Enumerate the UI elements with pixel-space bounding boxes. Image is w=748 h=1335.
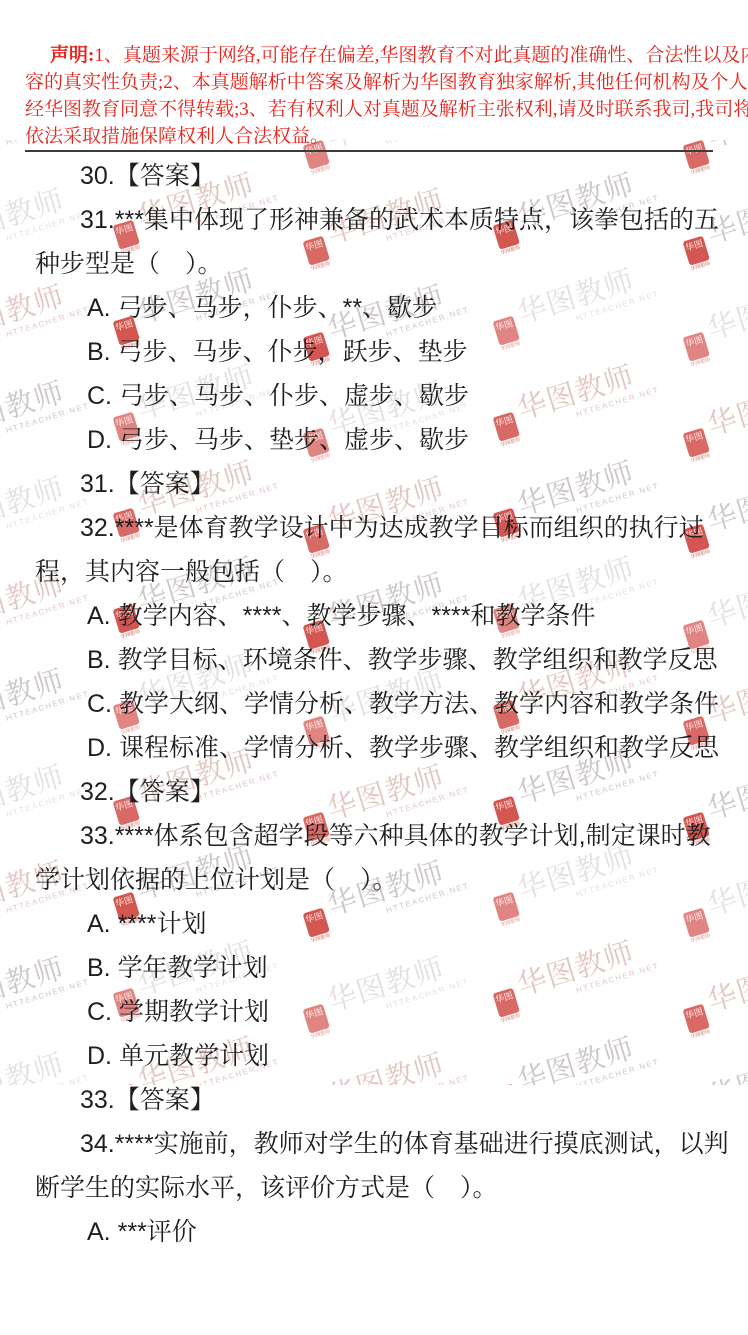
disclaimer-line: 经华图教育同意不得转载;3、若有权利人对真题及解析主张权利,请及时联系我司,我司… [25, 96, 722, 123]
option-label: A. [87, 594, 111, 638]
option-text: 弓步、马步、仆步，跃步、垫步 [118, 338, 468, 366]
divider-line [25, 150, 713, 152]
question-stem-line: 学计划依据的上位计划是（ ）。 [35, 858, 728, 902]
option-label: C. [87, 374, 112, 418]
option-label: A. [87, 286, 111, 330]
option-text: 教学目标、环境条件、教学步骤、教学组织和教学反思 [118, 646, 718, 674]
question-stem-line: 33.****体系包含超学段等六种具体的教学计划,制定课时教 [35, 814, 728, 858]
disclaimer-line: 声明:1、真题来源于网络,可能存在偏差,华图教育不对此真题的准确性、合法性以及内 [25, 42, 722, 69]
option-label: B. [87, 638, 111, 682]
disclaimer-prefix: 声明: [50, 45, 94, 66]
option-label: D. [87, 726, 112, 770]
option-label: D. [87, 1034, 112, 1078]
document-page: { "page": { "background": "#ffffff", "wi… [0, 0, 748, 1335]
option-item: D.课程标准、学情分析、教学步骤、教学组织和教学反思 [35, 726, 728, 770]
option-item: D.单元教学计划 [35, 1034, 728, 1078]
option-text: 学期教学计划 [119, 998, 269, 1026]
question-stem-line: 种步型是（ ）。 [35, 242, 728, 286]
option-label: C. [87, 682, 112, 726]
option-label: A. [87, 902, 111, 946]
option-text: 弓步、马步、垫步、虚步、歇步 [119, 426, 469, 454]
option-item: C.弓步、马步、仆步、虚步、歇步 [35, 374, 728, 418]
question-stem-line: 断学生的实际水平，该评价方式是（ ）。 [35, 1166, 728, 1210]
option-item: A.教学内容、****、教学步骤、****和教学条件 [35, 594, 728, 638]
option-text: ****计划 [118, 910, 207, 938]
question-stem-line: 34.****实施前，教师对学生的体育基础进行摸底测试，以判 [35, 1122, 728, 1166]
option-item: D.弓步、马步、垫步、虚步、歇步 [35, 418, 728, 462]
option-item: A.****计划 [35, 902, 728, 946]
document-body: 30.【答案】31.***集中体现了形神兼备的武术本质特点，该拳包括的五种步型是… [35, 154, 728, 1254]
answer-heading: 33.【答案】 [35, 1078, 728, 1122]
question-stem-line: 32.****是体育教学设计中为达成教学目标而组织的执行过 [35, 506, 728, 550]
disclaimer-line: 依法采取措施保障权利人合法权益。 [25, 123, 722, 150]
option-item: B.学年教学计划 [35, 946, 728, 990]
option-text: 学年教学计划 [118, 954, 268, 982]
answer-heading: 30.【答案】 [35, 154, 728, 198]
option-item: A.弓步、马步，仆步、**、歇步 [35, 286, 728, 330]
option-text: 弓步、马步、仆步、虚步、歇步 [119, 382, 469, 410]
option-text: 弓步、马步，仆步、**、歇步 [118, 294, 437, 322]
option-text: 教学内容、****、教学步骤、****和教学条件 [118, 602, 596, 630]
question-stem-line: 31.***集中体现了形神兼备的武术本质特点，该拳包括的五 [35, 198, 728, 242]
option-text: 课程标准、学情分析、教学步骤、教学组织和教学反思 [119, 734, 719, 762]
option-label: B. [87, 946, 111, 990]
option-text: ***评价 [118, 1218, 197, 1246]
question-stem-line: 程，其内容一般包括（ ）。 [35, 550, 728, 594]
disclaimer: 声明:1、真题来源于网络,可能存在偏差,华图教育不对此真题的准确性、合法性以及内… [25, 42, 722, 150]
option-item: C.学期教学计划 [35, 990, 728, 1034]
option-label: D. [87, 418, 112, 462]
option-label: B. [87, 330, 111, 374]
option-label: A. [87, 1210, 111, 1254]
option-item: C.教学大纲、学情分析、教学方法、教学内容和教学条件 [35, 682, 728, 726]
option-item: A.***评价 [35, 1210, 728, 1254]
disclaimer-line: 容的真实性负责;2、本真题解析中答案及解析为华图教育独家解析,其他任何机构及个人… [25, 69, 722, 96]
answer-heading: 32.【答案】 [35, 770, 728, 814]
answer-heading: 31.【答案】 [35, 462, 728, 506]
option-item: B.教学目标、环境条件、教学步骤、教学组织和教学反思 [35, 638, 728, 682]
option-text: 教学大纲、学情分析、教学方法、教学内容和教学条件 [119, 690, 719, 718]
option-label: C. [87, 990, 112, 1034]
option-item: B.弓步、马步、仆步，跃步、垫步 [35, 330, 728, 374]
option-text: 单元教学计划 [119, 1042, 269, 1070]
